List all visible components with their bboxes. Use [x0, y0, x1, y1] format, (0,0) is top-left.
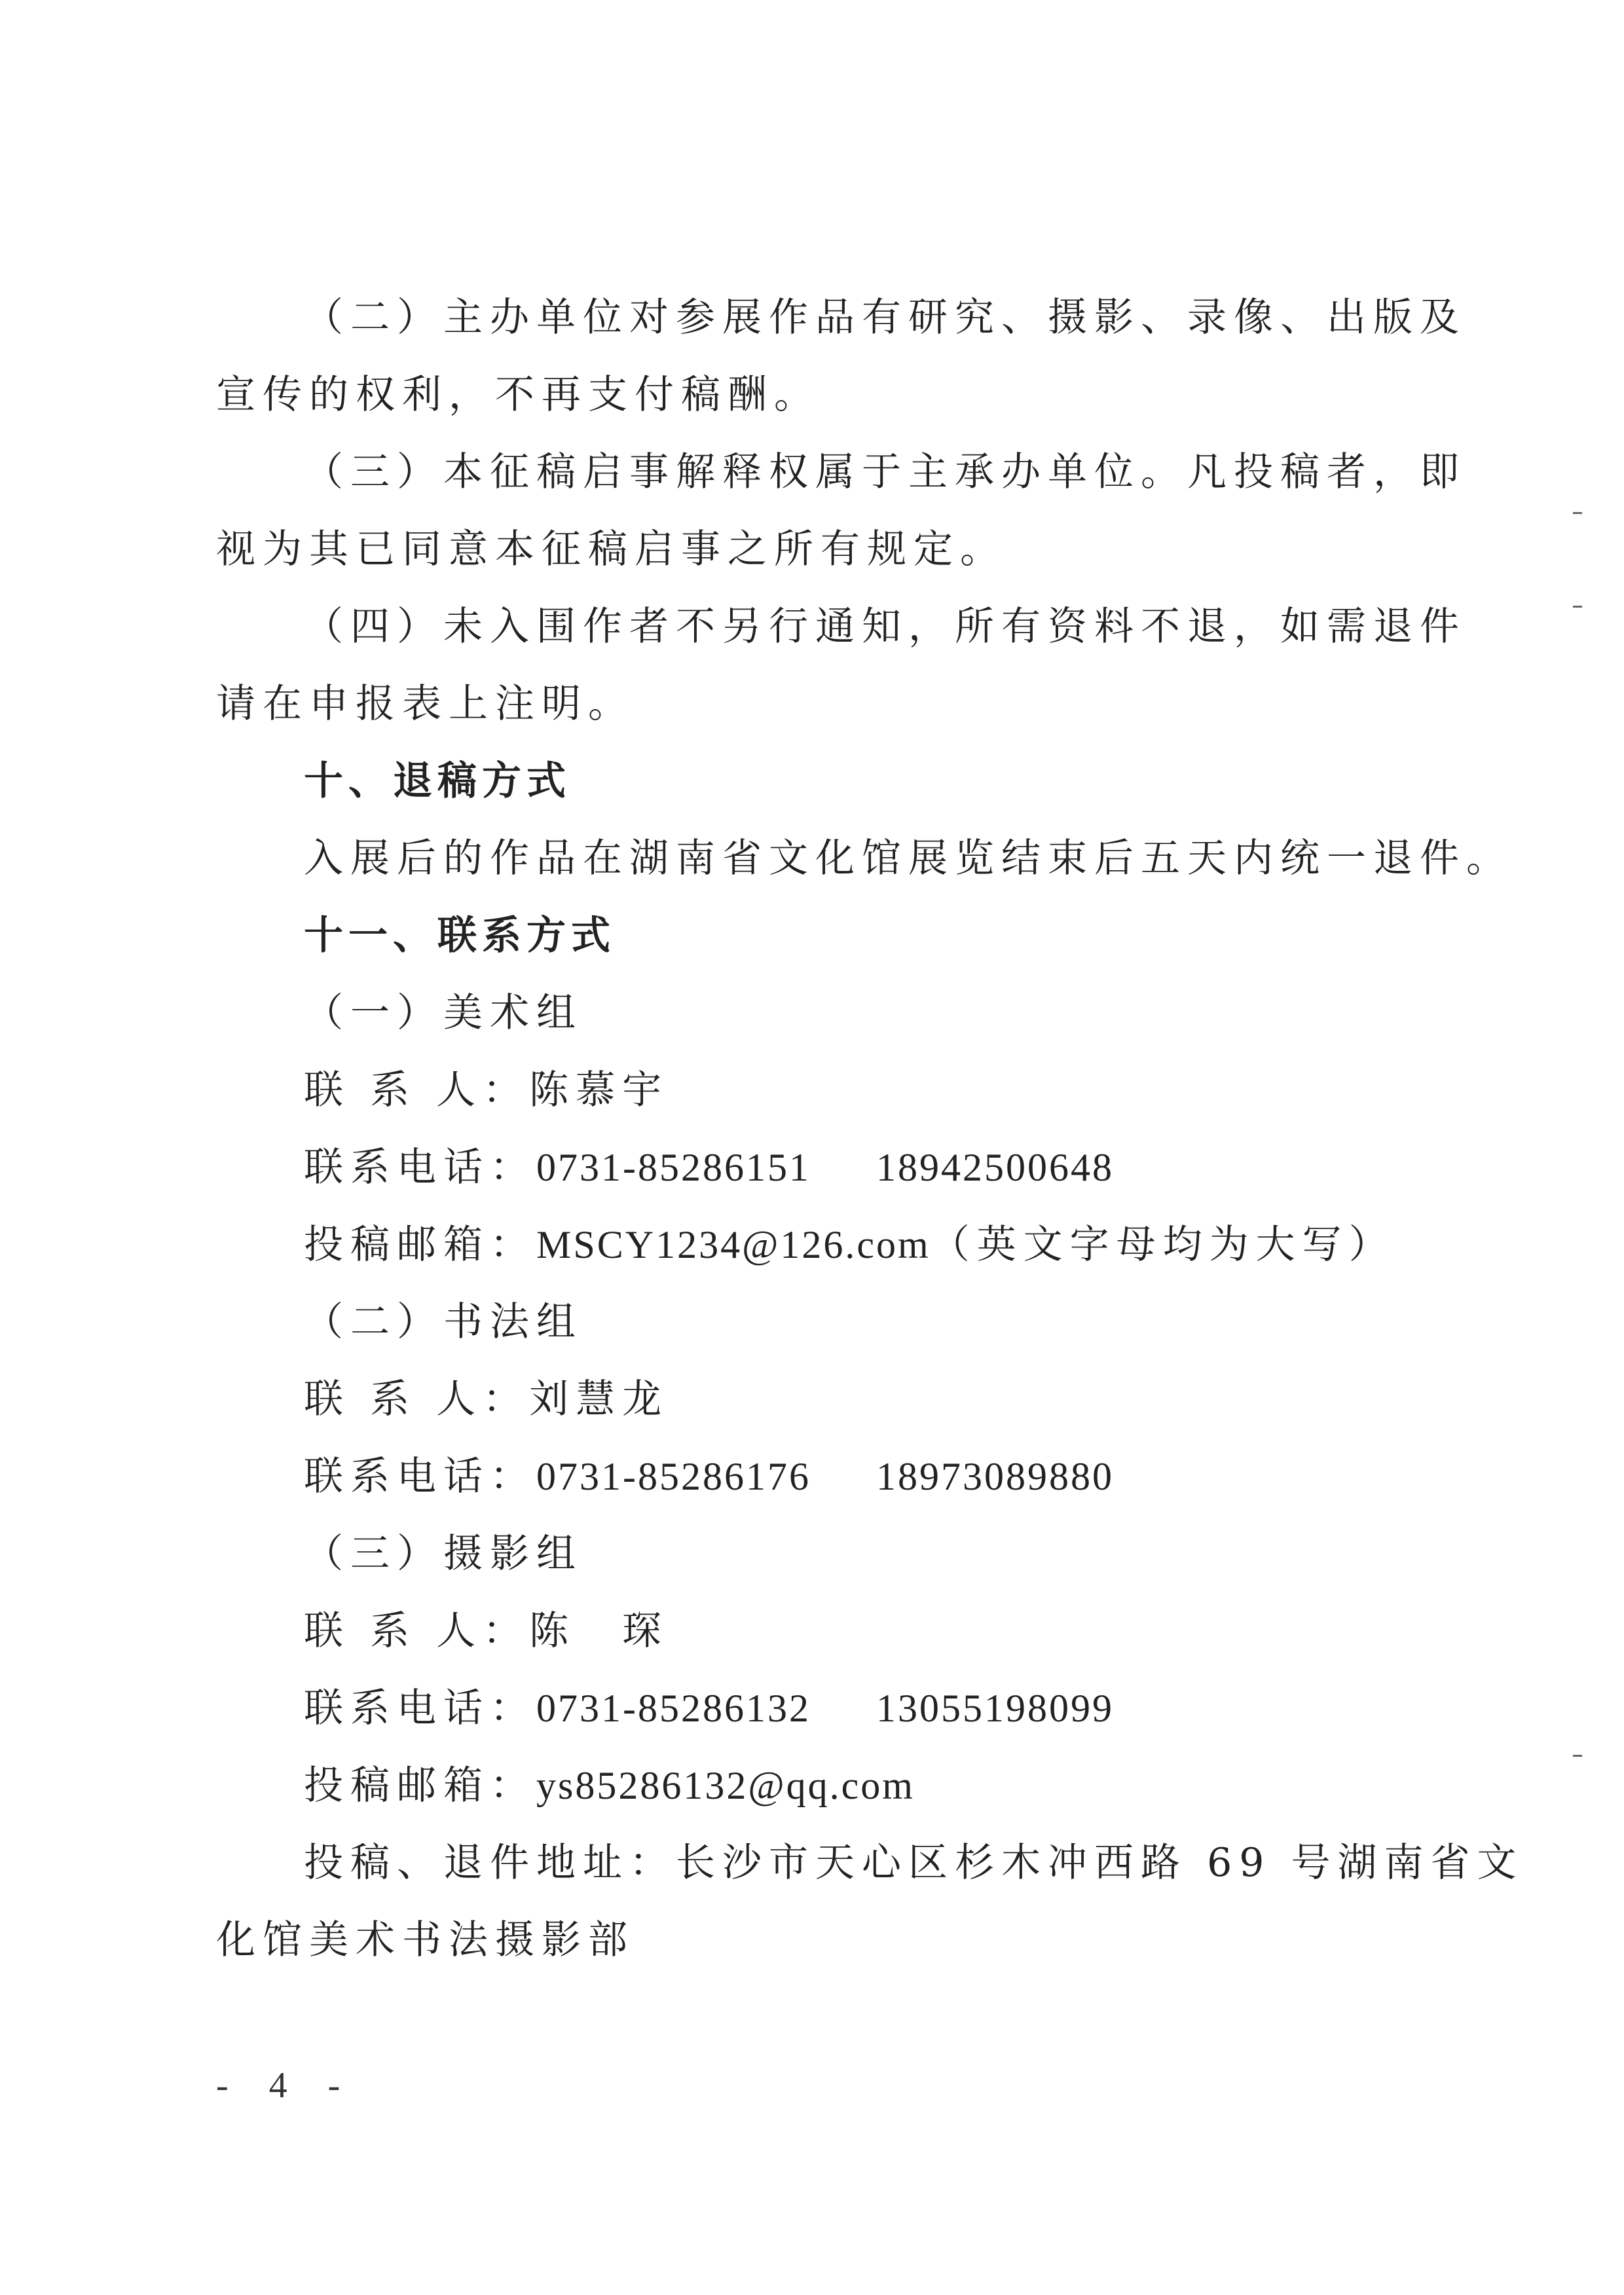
- group-photo-title: （三）摄影组: [304, 1528, 1417, 1580]
- email-note: （英文字母均为大写）: [931, 1222, 1395, 1268]
- section-10-body: 入展后的作品在湖南省文化馆展览结束后五天内统一退件。: [304, 832, 1417, 885]
- section-10-heading: 十、退稿方式: [304, 755, 1417, 807]
- contact-name: 刘慧龙: [529, 1376, 669, 1422]
- section-11-heading: 十一、联系方式: [304, 909, 1417, 962]
- address-line-1: 投稿、退件地址：长沙市天心区杉木冲西路 69 号湖南省文: [304, 1837, 1417, 1889]
- email-address: MSCY1234@126.com: [536, 1223, 931, 1266]
- group-calligraphy-contact: 联 系 人：刘慧龙: [304, 1373, 1417, 1425]
- clause-2-line-2: 宣传的权利，不再支付稿酬。: [216, 369, 1414, 421]
- email-label: 投稿邮箱：: [304, 1222, 536, 1268]
- contact-name: 陈 琛: [529, 1608, 669, 1654]
- phone-landline: 0731-85286132: [536, 1687, 811, 1730]
- address-line-2: 化馆美术书法摄影部: [216, 1914, 1414, 1966]
- phone-mobile: 18973089880: [876, 1455, 1114, 1498]
- phone-mobile: 18942500648: [876, 1146, 1114, 1189]
- phone-label: 联系电话：: [304, 1454, 536, 1499]
- scan-mark: [1573, 512, 1582, 514]
- clause-4-line-1: （四）未入围作者不另行通知，所有资料不退，如需退件: [304, 600, 1417, 653]
- contact-name: 陈慕宇: [529, 1067, 669, 1113]
- group-calligraphy-title: （二）书法组: [304, 1296, 1417, 1348]
- group-art-title: （一）美术组: [304, 987, 1417, 1039]
- contact-label: 联 系 人：: [304, 1608, 529, 1654]
- clause-3-line-1: （三）本征稿启事解释权属于主承办单位。凡投稿者，即: [304, 446, 1417, 498]
- clause-3-line-2: 视为其已同意本征稿启事之所有规定。: [216, 523, 1414, 576]
- phone-mobile: 13055198099: [876, 1687, 1114, 1730]
- group-art-phone: 联系电话：0731-8528615118942500648: [304, 1141, 1417, 1194]
- contact-label: 联 系 人：: [304, 1376, 529, 1422]
- group-calligraphy-phone: 联系电话：0731-8528617618973089880: [304, 1450, 1417, 1503]
- phone-label: 联系电话：: [304, 1685, 536, 1731]
- phone-label: 联系电话：: [304, 1145, 536, 1190]
- phone-landline: 0731-85286151: [536, 1146, 811, 1189]
- group-art-email: 投稿邮箱：MSCY1234@126.com（英文字母均为大写）: [304, 1219, 1417, 1271]
- group-photo-contact: 联 系 人：陈 琛: [304, 1605, 1417, 1657]
- scan-mark: [1573, 606, 1582, 608]
- group-photo-phone: 联系电话：0731-8528613213055198099: [304, 1682, 1417, 1735]
- group-photo-email: 投稿邮箱：ys85286132@qq.com: [304, 1759, 1417, 1812]
- clause-4-line-2: 请在申报表上注明。: [216, 678, 1414, 730]
- phone-landline: 0731-85286176: [536, 1455, 811, 1498]
- email-label: 投稿邮箱：: [304, 1763, 536, 1808]
- group-art-contact: 联 系 人：陈慕宇: [304, 1064, 1417, 1116]
- email-address: ys85286132@qq.com: [536, 1764, 915, 1807]
- page-number: - 4 -: [216, 2063, 356, 2108]
- document-page: （二）主办单位对参展作品有研究、摄影、录像、出版及 宣传的权利，不再支付稿酬。 …: [0, 0, 1624, 2295]
- clause-2-line-1: （二）主办单位对参展作品有研究、摄影、录像、出版及: [304, 291, 1417, 344]
- scan-mark: [1573, 1755, 1582, 1757]
- contact-label: 联 系 人：: [304, 1067, 529, 1113]
